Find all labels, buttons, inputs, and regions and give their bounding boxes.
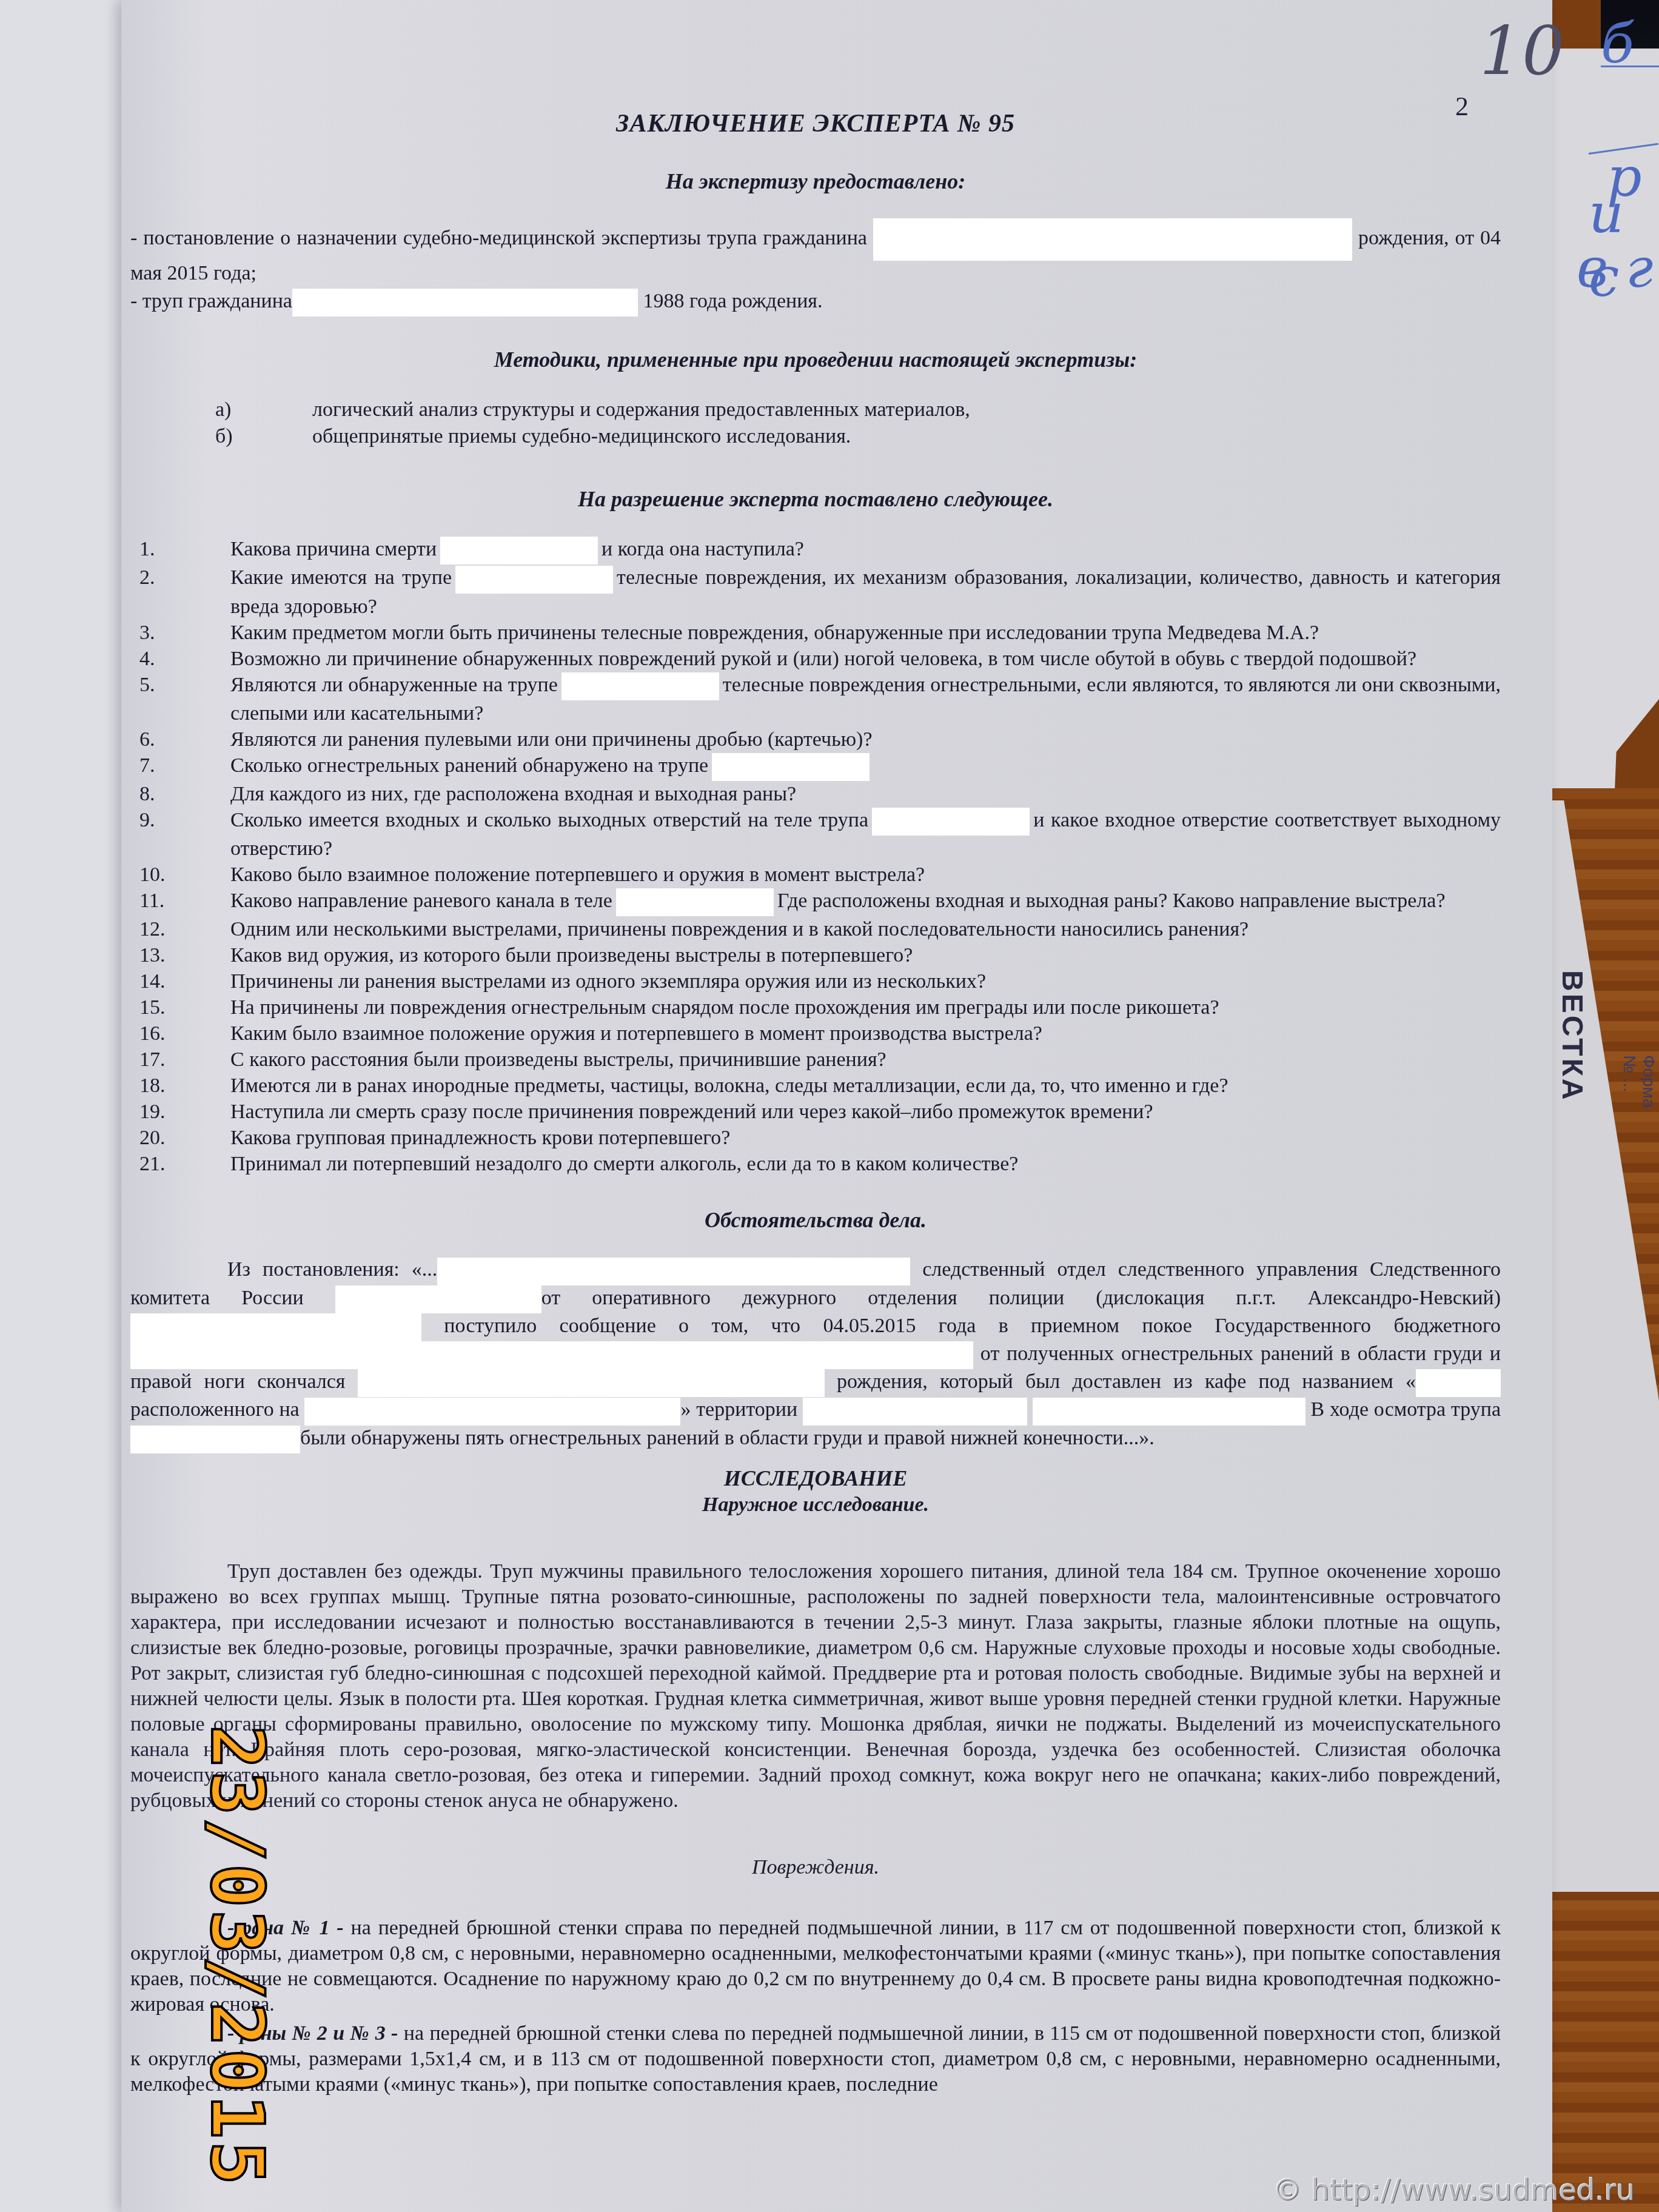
provided-item-text: - труп гражданина [130, 290, 292, 312]
handwriting-fragment: б [1601, 12, 1634, 76]
redaction-box [616, 888, 774, 916]
method-item: а)логический анализ структуры и содержан… [215, 397, 1501, 423]
redaction-box [1416, 1369, 1501, 1397]
question-number: 2. [130, 565, 230, 619]
provided-item-text: - постановление о назначении судебно-мед… [130, 227, 867, 249]
redaction-box [873, 218, 1352, 261]
question-text-part: Для каждого из них, где расположена вход… [230, 783, 796, 805]
handwritten-sheet-number: 10 [1480, 12, 1564, 90]
question-text-part: Причинены ли ранения выстрелами из одног… [230, 970, 986, 993]
question-text-part: На причинены ли повреждения огнестрельны… [230, 996, 1219, 1019]
provided-item-text: 1988 года рождения. [643, 290, 822, 312]
redaction-box [130, 1313, 421, 1341]
circumstances-text: Из постановления: «... [227, 1258, 437, 1281]
redaction-box [130, 1341, 973, 1369]
injury-item: - раны № 2 и № 3 - на передней брюшной с… [130, 2021, 1501, 2097]
question-number: 1. [130, 536, 230, 565]
question-item: 14.Причинены ли ранения выстрелами из од… [130, 968, 1501, 994]
question-text: Каково направление раневого канала в тел… [230, 888, 1501, 916]
question-text-part: Каково было взаимное положение потерпевш… [230, 863, 925, 886]
question-number: 21. [130, 1151, 230, 1177]
external-exam-text: Труп доставлен без одежды. Труп мужчины … [130, 1559, 1501, 1814]
question-text-part: и когда она наступила? [602, 538, 804, 560]
redaction-box [335, 1285, 541, 1313]
question-text-part: С какого расстояния были произведены выс… [230, 1048, 886, 1071]
methods-heading: Методики, примененные при проведении нас… [130, 347, 1501, 372]
redaction-box [712, 753, 870, 781]
question-number: 17. [130, 1047, 230, 1073]
question-text-part: Наступила ли смерть сразу после причинен… [230, 1101, 1153, 1123]
injury-item: - рана № 1 - на передней брюшной стенки … [130, 1915, 1501, 2017]
redaction-box [130, 1426, 300, 1453]
question-text-part: Где расположены входная и выходная раны?… [777, 890, 1446, 912]
question-item: 3.Каким предметом могли быть причинены т… [130, 620, 1501, 646]
question-text: Одним или несколькими выстрелами, причин… [230, 916, 1501, 942]
provided-heading: На экспертизу предоставлено: [130, 169, 1501, 194]
question-text-part: Являются ли обнаруженные на трупе [230, 674, 558, 696]
provided-item: - труп гражданина 1988 года рождения. [130, 289, 1501, 317]
question-item: 5.Являются ли обнаруженные на трупетелес… [130, 672, 1501, 726]
document-title: ЗАКЛЮЧЕНИЕ ЭКСПЕРТА № 95 [130, 109, 1501, 138]
circumstances-text: от оперативного дежурного отделения поли… [541, 1287, 1501, 1309]
question-item: 19.Наступила ли смерть сразу после причи… [130, 1099, 1501, 1125]
question-text-part: Каким предметом могли быть причинены тел… [230, 622, 1319, 644]
redaction-box [1033, 1398, 1305, 1426]
question-text-part: Возможно ли причинение обнаруженных повр… [230, 648, 1416, 670]
question-number: 16. [130, 1021, 230, 1047]
question-item: 6.Являются ли ранения пулевыми или они п… [130, 726, 1501, 752]
circumstances-text: В ходе осмотра трупа [1310, 1398, 1501, 1421]
circumstances-text: были обнаружены пять огнестрельных ранен… [300, 1427, 1155, 1449]
question-text-part: Сколько имеется входных и сколько выходн… [230, 809, 868, 831]
question-item: 18.Имеются ли в ранах инородные предметы… [130, 1073, 1501, 1099]
redaction-box [561, 672, 719, 700]
methods-list: а)логический анализ структуры и содержан… [215, 397, 1501, 450]
question-item: 4.Возможно ли причинение обнаруженных по… [130, 646, 1501, 672]
question-item: 10.Каково было взаимное положение потерп… [130, 862, 1501, 888]
expert-conclusion: ЗАКЛЮЧЕНИЕ ЭКСПЕРТА № 95 На экспертизу п… [130, 91, 1501, 2097]
question-item: 20.Какова групповая принадлежность крови… [130, 1125, 1501, 1151]
question-text: Какова групповая принадлежность крови по… [230, 1125, 1501, 1151]
question-number: 15. [130, 994, 230, 1021]
provided-item: - постановление о назначении судебно-мед… [130, 218, 1501, 286]
research-heading: ИССЛЕДОВАНИЕ [130, 1466, 1501, 1491]
copyright-watermark: © http://www.sudmed.ru [1273, 2173, 1635, 2207]
camera-date-stamp: 23/03/2015 [195, 1725, 279, 2187]
question-text-part: Каково направление раневого канала в тел… [230, 890, 612, 912]
question-text: Возможно ли причинение обнаруженных повр… [230, 646, 1501, 672]
question-item: 8.Для каждого из них, где расположена вх… [130, 781, 1501, 807]
question-number: 14. [130, 968, 230, 994]
circumstances-text: рождения, который был доставлен из кафе … [837, 1370, 1416, 1393]
question-number: 12. [130, 916, 230, 942]
question-text: Сколько имеется входных и сколько выходн… [230, 807, 1501, 862]
question-text: Являются ли обнаруженные на трупетелесны… [230, 672, 1501, 726]
external-exam-heading: Наружное исследование. [130, 1493, 1501, 1517]
question-item: 13.Каков вид оружия, из которого были пр… [130, 942, 1501, 968]
question-text-part: Принимал ли потерпевший незадолго до сме… [230, 1153, 1018, 1175]
question-text: Являются ли ранения пулевыми или они при… [230, 726, 1501, 752]
circumstances-text: » территории [680, 1398, 797, 1421]
circumstances-text: расположенного на [130, 1398, 300, 1421]
question-item: 2.Какие имеются на трупетелесные поврежд… [130, 565, 1501, 619]
redaction-box [304, 1398, 680, 1426]
question-item: 11.Каково направление раневого канала в … [130, 888, 1501, 916]
question-item: 15.На причинены ли повреждения огнестрел… [130, 994, 1501, 1021]
handwriting-fragment: в г [1577, 236, 1653, 300]
redaction-box [872, 808, 1030, 836]
question-text-part: Какие имеются на трупе [230, 566, 452, 589]
circumstances-paragraph: Из постановления: «... следственный отде… [130, 1257, 1501, 1453]
question-text: Каким предметом могли быть причинены тел… [230, 620, 1501, 646]
question-text-part: Какова групповая принадлежность крови по… [230, 1127, 730, 1149]
question-text-part: Каков вид оружия, из которого были произ… [230, 944, 913, 967]
question-number: 3. [130, 620, 230, 646]
question-text-part: Какова причина смерти [230, 538, 437, 560]
question-number: 13. [130, 942, 230, 968]
question-item: 7.Сколько огнестрельных ранений обнаруже… [130, 752, 1501, 781]
redaction-box [803, 1398, 1027, 1426]
method-item: б)общепринятые приемы судебно-медицинско… [215, 423, 1501, 450]
question-text: Каков вид оружия, из которого были произ… [230, 942, 1501, 968]
background-form-title: ВЕСТКА [1555, 970, 1589, 1102]
question-text: Каким было взаимное положение оружия и п… [230, 1021, 1501, 1047]
question-text: Принимал ли потерпевший незадолго до сме… [230, 1151, 1501, 1177]
question-text: С какого расстояния были произведены выс… [230, 1047, 1501, 1073]
question-item: 21.Принимал ли потерпевший незадолго до … [130, 1151, 1501, 1177]
question-text-part: Имеются ли в ранах инородные предметы, ч… [230, 1074, 1228, 1097]
redaction-box [455, 566, 613, 594]
question-text-part: Одним или несколькими выстрелами, причин… [230, 918, 1248, 940]
method-key: б) [215, 423, 312, 450]
question-text: Каково было взаимное положение потерпевш… [230, 862, 1501, 888]
questions-heading: На разрешение эксперта поставлено следую… [130, 486, 1501, 512]
circumstances-text: поступило сообщение о том, что 04.05.201… [444, 1315, 1501, 1337]
injuries-heading: Повреждения. [130, 1856, 1501, 1879]
redaction-box [440, 537, 598, 565]
question-number: 6. [130, 726, 230, 752]
question-text-part: Сколько огнестрельных ранений обнаружено… [230, 754, 708, 777]
question-item: 9.Сколько имеется входных и сколько выхо… [130, 807, 1501, 862]
question-text: Какие имеются на трупетелесные поврежден… [230, 565, 1501, 619]
redaction-box [358, 1369, 825, 1397]
question-number: 10. [130, 862, 230, 888]
question-number: 5. [130, 672, 230, 726]
question-number: 8. [130, 781, 230, 807]
question-text-part: Являются ли ранения пулевыми или они при… [230, 728, 873, 751]
question-number: 4. [130, 646, 230, 672]
method-text: логический анализ структуры и содержания… [312, 397, 970, 423]
question-text: Какова причина смертии когда она наступи… [230, 536, 1501, 565]
method-key: а) [215, 397, 312, 423]
question-number: 19. [130, 1099, 230, 1125]
question-item: 12.Одним или несколькими выстрелами, при… [130, 916, 1501, 942]
redaction-box [437, 1258, 910, 1285]
question-text: На причинены ли повреждения огнестрельны… [230, 994, 1501, 1021]
question-number: 9. [130, 807, 230, 862]
question-item: 16.Каким было взаимное положение оружия … [130, 1021, 1501, 1047]
underlying-page-edge [0, 0, 121, 2212]
questions-list: 1.Какова причина смертии когда она насту… [130, 536, 1501, 1177]
question-number: 11. [130, 888, 230, 916]
question-item: 1.Какова причина смертии когда она насту… [130, 536, 1501, 565]
question-text-part: Каким было взаимное положение оружия и п… [230, 1022, 1042, 1045]
question-number: 20. [130, 1125, 230, 1151]
question-text: Сколько огнестрельных ранений обнаружено… [230, 752, 1501, 781]
question-text: Для каждого из них, где расположена вход… [230, 781, 1501, 807]
question-number: 18. [130, 1073, 230, 1099]
question-number: 7. [130, 752, 230, 781]
question-item: 17.С какого расстояния были произведены … [130, 1047, 1501, 1073]
method-text: общепринятые приемы судебно-медицинского… [312, 423, 851, 450]
question-text: Наступила ли смерть сразу после причинен… [230, 1099, 1501, 1125]
question-text: Имеются ли в ранах инородные предметы, ч… [230, 1073, 1501, 1099]
background-form-number: Форма № ... [1620, 1055, 1658, 1108]
circumstances-heading: Обстоятельства дела. [130, 1207, 1501, 1233]
question-text: Причинены ли ранения выстрелами из одног… [230, 968, 1501, 994]
redaction-box [292, 289, 638, 317]
